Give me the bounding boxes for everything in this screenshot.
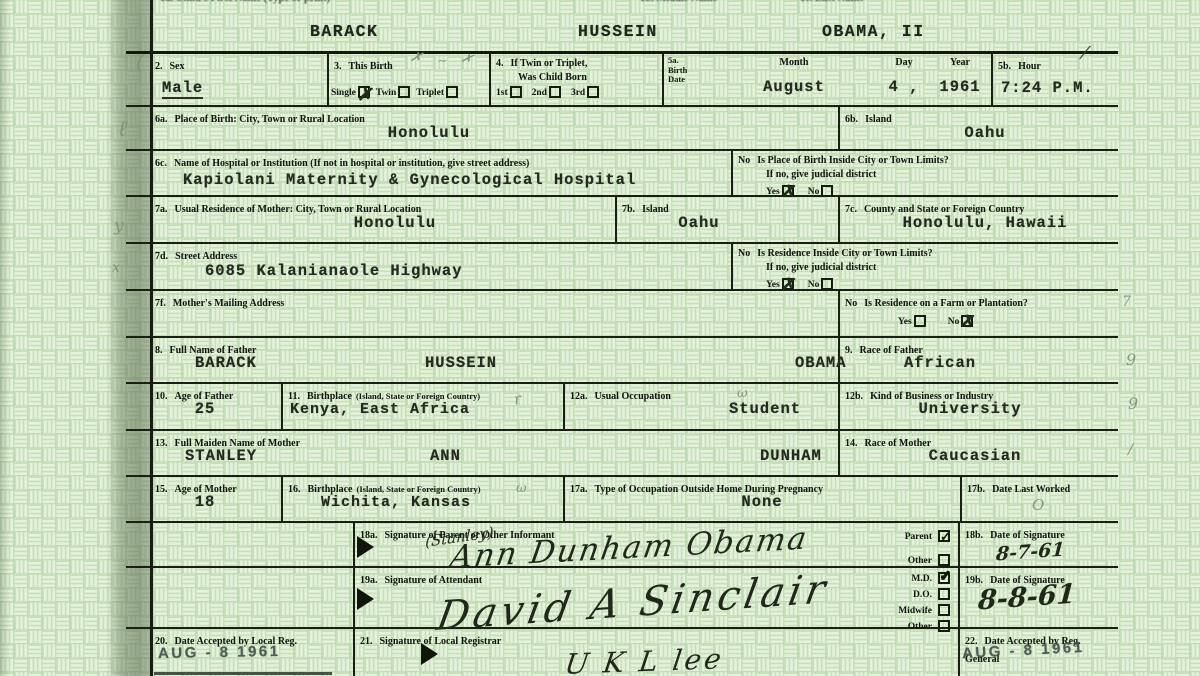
checkbox-2nd bbox=[549, 86, 561, 98]
field-9-father-race: 9.Race of Father African bbox=[840, 338, 1116, 382]
field-17a-occupation-pregnancy: 17a.Type of Occupation Outside Home Duri… bbox=[565, 477, 962, 521]
row-18: 18a.Signature of Parent or Other Informa… bbox=[126, 523, 1118, 568]
mother-middle: ANN bbox=[430, 447, 461, 465]
field-12b-business: 12b.Kind of Business or Industry Univers… bbox=[840, 384, 1116, 429]
checkbox-7e-yes: ✗ bbox=[782, 278, 794, 290]
father-middle: HUSSEIN bbox=[425, 354, 497, 372]
row-10-12b: 10.Age of Father 25 11.Birthplace (Islan… bbox=[126, 384, 1118, 431]
pregnancy-occupation-value: None bbox=[741, 493, 782, 511]
checkbox-midwife bbox=[938, 604, 950, 616]
row-6a-6b: 6a.Place of Birth: City, Town or Rural L… bbox=[126, 107, 1118, 151]
father-occupation-value: Student bbox=[729, 400, 801, 418]
birth-day: 4 , bbox=[889, 78, 920, 96]
row-7d-7e: 7d.Street Address 6085 Kalanianaole High… bbox=[126, 244, 1118, 291]
checkbox-7e-no bbox=[821, 278, 833, 290]
field-5b-hour: 5b.Hour 7:24 P.M. bbox=[993, 54, 1116, 105]
checkbox-7g-no: ✗ bbox=[961, 315, 973, 327]
field-1c-label-clipped: 1c. Last Name bbox=[800, 0, 864, 4]
field-19b-signature-date: 19b.Date of Signature 8-8-61 bbox=[960, 568, 1116, 627]
field-13-mother-name: 13.Full Maiden Name of Mother STANLEY AN… bbox=[150, 431, 840, 475]
mother-race-value: Caucasian bbox=[929, 447, 1022, 465]
mother-birthplace-value: Wichita, Kansas bbox=[321, 494, 471, 511]
field-2-sex: 2.Sex Male bbox=[150, 54, 329, 105]
field-7f-mailing-address: 7f.Mother's Mailing Address bbox=[150, 291, 840, 336]
checkbox-6d-yes: ✗ bbox=[782, 185, 794, 197]
field-11-father-birthplace: 11.Birthplace (Island, State or Foreign … bbox=[283, 384, 565, 429]
field-4-twin-order: 4.If Twin or Triplet, Was Child Born 1st… bbox=[491, 54, 664, 105]
field-3-this-birth: 3.This Birth Single✗ Twin Triplet bbox=[329, 54, 491, 105]
scanned-birth-certificate: { "colors": { "paper": "#cbe5c0", "weave… bbox=[0, 0, 1200, 676]
field-7g-farm-plantation: NoIs Residence on a Farm or Plantation? … bbox=[840, 291, 1116, 336]
hour-value: 7:24 P.M. bbox=[1001, 79, 1094, 97]
checkbox-other-informant bbox=[938, 554, 950, 566]
field-6c-hospital: 6c.Name of Hospital or Institution (If n… bbox=[150, 151, 733, 195]
form-left-border bbox=[150, 0, 153, 676]
checkbox-parent: ✓ bbox=[938, 530, 950, 542]
registrar-general-date-stamp: AUG - 8 1961 bbox=[962, 639, 1085, 662]
local-registrar-date-stamp: AUG - 8 1961 bbox=[158, 643, 281, 662]
informant-signature-date: 8-7-61 bbox=[995, 539, 1065, 566]
row-19: 19a.Signature of Attendant David A Sincl… bbox=[126, 568, 1118, 629]
birth-month: August bbox=[763, 78, 825, 96]
father-race-value: African bbox=[904, 354, 976, 372]
child-first-name: BARACK bbox=[310, 22, 378, 41]
field-20-date-accepted-local: 20.Date Accepted by Local Reg. AUG - 8 1… bbox=[150, 629, 355, 676]
checkbox-1st bbox=[510, 86, 522, 98]
father-first: BARACK bbox=[195, 354, 257, 372]
checkbox-3rd bbox=[587, 86, 599, 98]
field-7b-island: 7b.Island Oahu bbox=[617, 197, 840, 242]
father-business-value: University bbox=[918, 400, 1021, 418]
signature-arrow-icon bbox=[421, 643, 438, 665]
sex-value: Male bbox=[162, 79, 203, 99]
attendant-signature-date: 8-8-61 bbox=[977, 578, 1077, 616]
certificate-form: 1a. Child's First Name (Type or print) 1… bbox=[126, 0, 1118, 676]
residence-value: Honolulu bbox=[354, 214, 436, 232]
field-1b-label-clipped: 1b. Middle Name bbox=[640, 0, 717, 4]
checkbox-other-attendant bbox=[938, 620, 950, 632]
field-15-mother-age: 15.Age of Mother 18 bbox=[150, 477, 283, 521]
row-7f-7g: 7f.Mother's Mailing Address NoIs Residen… bbox=[126, 291, 1118, 338]
child-last-name: OBAMA, II bbox=[822, 22, 925, 41]
field-18a-informant-signature: 18a.Signature of Parent or Other Informa… bbox=[355, 523, 960, 566]
island-value: Oahu bbox=[964, 124, 1005, 142]
field-5a-birth-date: 5a.BirthDate Month Day Year August 4 , 1… bbox=[664, 54, 993, 105]
father-birthplace-value: Kenya, East Africa bbox=[290, 401, 470, 418]
field-1a-label-clipped: 1a. Child's First Name (Type or print) bbox=[160, 0, 330, 4]
row-child-name: 1a. Child's First Name (Type or print) 1… bbox=[126, 0, 1118, 54]
hospital-value: Kapiolani Maternity & Gynecological Hosp… bbox=[183, 171, 636, 189]
local-registrar-signature: U K L lee bbox=[563, 642, 726, 676]
mother-first: STANLEY bbox=[185, 447, 257, 465]
certification-parent bbox=[150, 523, 355, 566]
father-last: OBAMA bbox=[795, 354, 847, 372]
field-7d-street-address: 7d.Street Address 6085 Kalanianaole High… bbox=[150, 244, 733, 289]
signature-arrow-icon bbox=[357, 588, 374, 610]
row-15-17b: 15.Age of Mother 18 16.Birthplace (Islan… bbox=[126, 477, 1118, 523]
street-address-value: 6085 Kalanianaole Highway bbox=[205, 262, 463, 280]
field-22-date-accepted-general: 22.Date Accepted by Reg. General AUG - 8… bbox=[960, 629, 1116, 676]
field-19a-attendant-signature: 19a.Signature of Attendant David A Sincl… bbox=[355, 568, 960, 627]
father-age-value: 25 bbox=[195, 400, 216, 418]
field-6b-island: 6b.Island Oahu bbox=[840, 107, 1116, 149]
mother-last: DUNHAM bbox=[760, 447, 822, 465]
checkbox-twin bbox=[398, 86, 410, 98]
row-7a-7c: 7a.Usual Residence of Mother: City, Town… bbox=[126, 197, 1118, 244]
field-6a-place-of-birth: 6a.Place of Birth: City, Town or Rural L… bbox=[150, 107, 840, 149]
scan-left-edge bbox=[0, 0, 10, 676]
county-state-value: Honolulu, Hawaii bbox=[903, 214, 1068, 232]
checkbox-single: ✗ bbox=[358, 86, 370, 98]
checkbox-do bbox=[938, 588, 950, 600]
field-18b-signature-date: 18b.Date of Signature 8-7-61 bbox=[960, 523, 1116, 566]
checkbox-6d-no bbox=[821, 185, 833, 197]
field-14-mother-race: 14.Race of Mother Caucasian bbox=[840, 431, 1116, 475]
row-13-14: 13.Full Maiden Name of Mother STANLEY AN… bbox=[126, 431, 1118, 477]
field-7e-residence-limits: NoIs Residence Inside City or Town Limit… bbox=[733, 244, 1116, 289]
place-of-birth-value: Honolulu bbox=[388, 124, 470, 142]
row-2: 2.Sex Male 3.This Birth Single✗ Twin Tri… bbox=[126, 54, 1118, 107]
field-16-mother-birthplace: 16.Birthplace (Island, State or Foreign … bbox=[283, 477, 565, 521]
mother-age-value: 18 bbox=[195, 493, 216, 511]
checkbox-7g-yes bbox=[914, 315, 926, 327]
child-middle-name: HUSSEIN bbox=[578, 22, 658, 41]
checkbox-triplet bbox=[446, 86, 458, 98]
signature-arrow-icon bbox=[357, 536, 374, 558]
stamp-box-line bbox=[154, 672, 332, 675]
field-7a-residence: 7a.Usual Residence of Mother: City, Town… bbox=[150, 197, 617, 242]
field-10-father-age: 10.Age of Father 25 bbox=[150, 384, 283, 429]
field-6d-city-limits: NoIs Place of Birth Inside City or Town … bbox=[733, 151, 1116, 195]
field-12a-occupation: 12a.Usual Occupation Student bbox=[565, 384, 840, 429]
row-6c-6d: 6c.Name of Hospital or Institution (If n… bbox=[126, 151, 1118, 197]
field-17b-date-last-worked: 17b.Date Last Worked bbox=[962, 477, 1116, 521]
certification-attendant bbox=[150, 568, 355, 627]
field-7c-county-state: 7c.County and State or Foreign Country H… bbox=[840, 197, 1116, 242]
row-20-22: 20.Date Accepted by Local Reg. AUG - 8 1… bbox=[126, 629, 1118, 676]
checkbox-md: ✓ bbox=[938, 572, 950, 584]
residence-island-value: Oahu bbox=[678, 214, 719, 232]
row-8-9: 8.Full Name of Father BARACK HUSSEIN OBA… bbox=[126, 338, 1118, 384]
field-8-father-name: 8.Full Name of Father BARACK HUSSEIN OBA… bbox=[150, 338, 840, 382]
birth-year: 1961 bbox=[939, 78, 980, 96]
